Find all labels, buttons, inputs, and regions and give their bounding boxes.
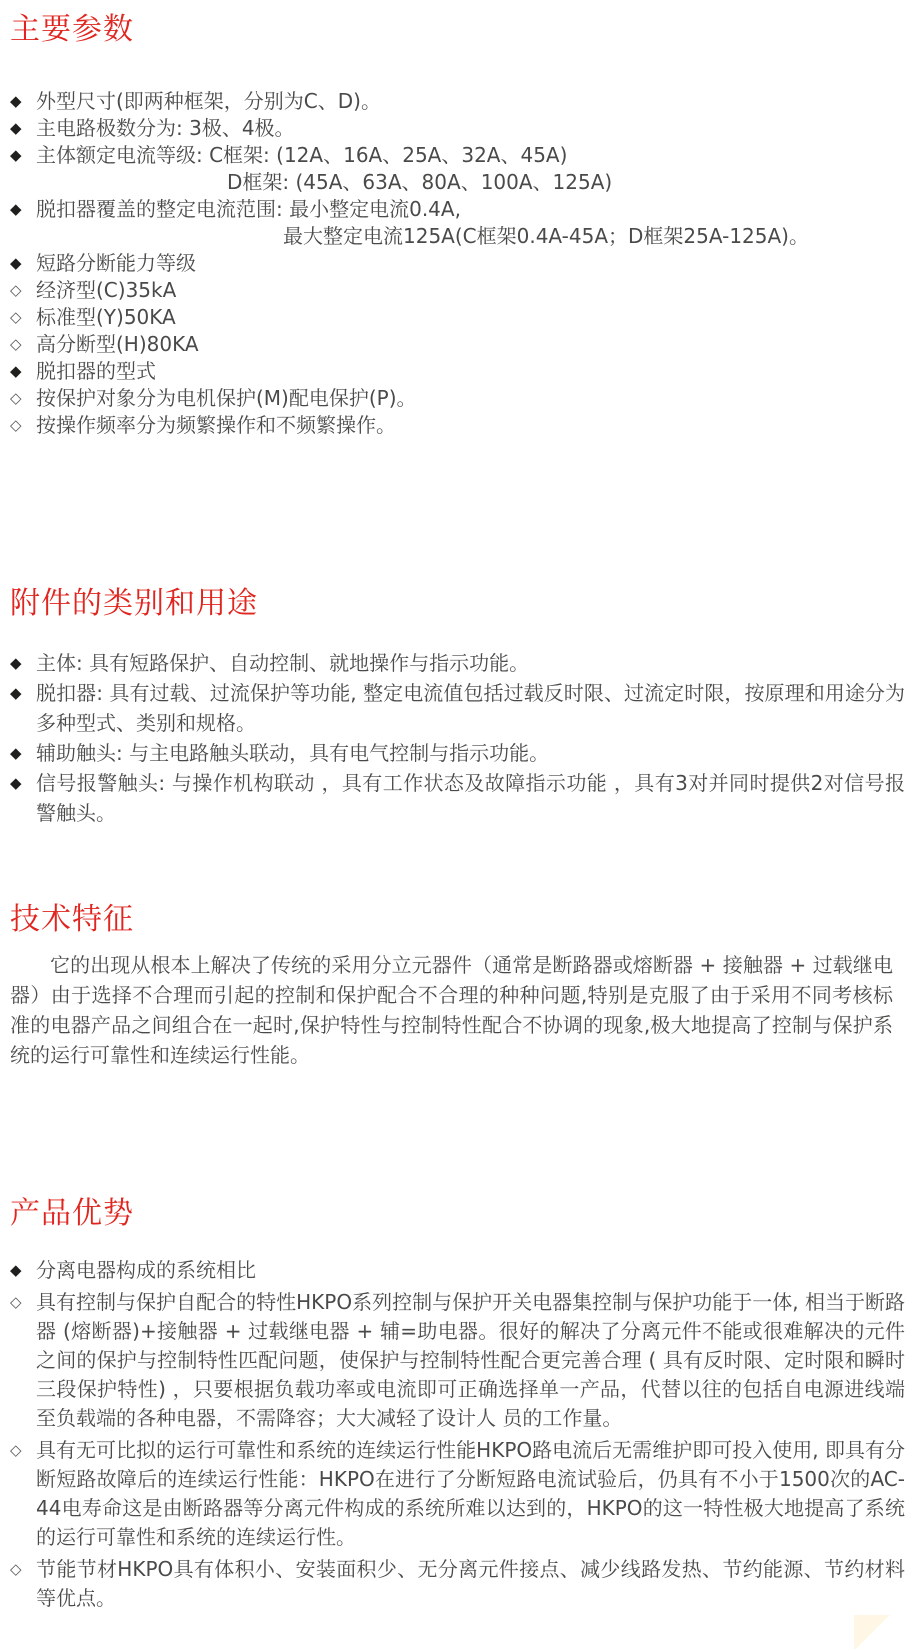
list-item-text: 按保护对象分为电机保护(M)配电保护(P)。 — [36, 386, 417, 410]
hollow-diamond-bullet-icon: ◇ — [10, 385, 22, 412]
list-item: ◇高分断型(H)80KA — [0, 331, 920, 358]
technical-features-paragraph: 它的出现从根本上解决了传统的采用分立元器件（通常是断路器或熔断器 + 接触器 +… — [10, 950, 905, 1070]
section-title-technical-features: 技术特征 — [10, 902, 134, 938]
filled-diamond-bullet-icon: ◆ — [10, 196, 22, 223]
section-title-main-parameters: 主要参数 — [10, 12, 134, 48]
filled-diamond-bullet-icon: ◆ — [10, 1256, 22, 1285]
list-item-text: 脱扣器: 具有过载、过流保护等功能, 整定电流值包括过载反时限、过流定时限，按原… — [36, 681, 905, 735]
filled-diamond-bullet-icon: ◆ — [10, 648, 22, 678]
list-item: ◆辅助触头: 与主电路触头联动，具有电气控制与指示功能。 — [0, 738, 920, 768]
list-item-text: 分离电器构成的系统相比 — [36, 1258, 256, 1282]
list-item: ◇具有控制与保护自配合的特性HKPO系列控制与保护开关电器集控制与保护功能于一体… — [0, 1288, 920, 1433]
list-item-text: 辅助触头: 与主电路触头联动，具有电气控制与指示功能。 — [36, 741, 549, 765]
hollow-diamond-bullet-icon: ◇ — [10, 277, 22, 304]
hollow-diamond-bullet-icon: ◇ — [10, 1555, 22, 1584]
filled-diamond-bullet-icon: ◆ — [10, 115, 22, 142]
product-advantages-list: ◆分离电器构成的系统相比◇具有控制与保护自配合的特性HKPO系列控制与保护开关电… — [0, 1256, 920, 1616]
list-item-text: 外型尺寸(即两种框架，分别为C、D)。 — [36, 89, 381, 113]
main-parameters-list: ◆外型尺寸(即两种框架，分别为C、D)。◆主电路极数分为: 3极、4极。◆主体额… — [0, 88, 920, 439]
filled-diamond-bullet-icon: ◆ — [10, 738, 22, 768]
list-item: ◇节能节材HKPO具有体积小、安装面积少、无分离元件接点、减少线路发热、节约能源… — [0, 1555, 920, 1613]
list-item: ◆外型尺寸(即两种框架，分别为C、D)。 — [0, 88, 920, 115]
list-item: ◆短路分断能力等级 — [0, 250, 920, 277]
list-item: ◆主电路极数分为: 3极、4极。 — [0, 115, 920, 142]
hollow-diamond-bullet-icon: ◇ — [10, 304, 22, 331]
list-item-text: 具有控制与保护自配合的特性HKPO系列控制与保护开关电器集控制与保护功能于一体,… — [36, 1290, 905, 1430]
list-item: ◆分离电器构成的系统相比 — [0, 1256, 920, 1285]
list-item: 最大整定电流125A(C框架0.4A-45A；D框架25A-125A)。 — [0, 223, 920, 250]
list-item: ◇具有无可比拟的运行可靠性和系统的连续运行性能HKPO路电流后无需维护即可投入使… — [0, 1436, 920, 1552]
filled-diamond-bullet-icon: ◆ — [10, 88, 22, 115]
list-item: ◇按操作频率分为频繁操作和不频繁操作。 — [0, 412, 920, 439]
list-item: ◆信号报警触头: 与操作机构联动 ，具有工作状态及故障指示功能 ，具有3对并同时… — [0, 768, 920, 828]
list-item-text: 脱扣器的型式 — [36, 359, 156, 383]
list-item-text: 节能节材HKPO具有体积小、安装面积少、无分离元件接点、减少线路发热、节约能源、… — [36, 1557, 905, 1610]
list-item-text: 主体: 具有短路保护、自动控制、就地操作与指示功能。 — [36, 651, 529, 675]
filled-diamond-bullet-icon: ◆ — [10, 250, 22, 277]
corner-decoration-icon — [854, 1615, 900, 1649]
list-item: ◆主体: 具有短路保护、自动控制、就地操作与指示功能。 — [0, 648, 920, 678]
hollow-diamond-bullet-icon: ◇ — [10, 1436, 22, 1465]
list-item: ◆脱扣器的型式 — [0, 358, 920, 385]
list-item-text: 标准型(Y)50KA — [36, 305, 176, 329]
list-item-text: 具有无可比拟的运行可靠性和系统的连续运行性能HKPO路电流后无需维护即可投入使用… — [36, 1438, 905, 1549]
list-item-text: D框架: (45A、63A、80A、100A、125A) — [227, 170, 612, 194]
hollow-diamond-bullet-icon: ◇ — [10, 412, 22, 439]
list-item-text: 按操作频率分为频繁操作和不频繁操作。 — [36, 413, 396, 437]
list-item-text: 经济型(C)35kA — [36, 278, 176, 302]
list-item-text: 主电路极数分为: 3极、4极。 — [36, 116, 295, 140]
hollow-diamond-bullet-icon: ◇ — [10, 1288, 22, 1317]
filled-diamond-bullet-icon: ◆ — [10, 142, 22, 169]
list-item-text: 短路分断能力等级 — [36, 251, 196, 275]
list-item: ◇经济型(C)35kA — [0, 277, 920, 304]
filled-diamond-bullet-icon: ◆ — [10, 358, 22, 385]
list-item: ◇按保护对象分为电机保护(M)配电保护(P)。 — [0, 385, 920, 412]
list-item-text: 脱扣器覆盖的整定电流范围: 最小整定电流0.4A, — [36, 197, 461, 221]
list-item: ◆脱扣器覆盖的整定电流范围: 最小整定电流0.4A, — [0, 196, 920, 223]
list-item-text: 主体额定电流等级: C框架: (12A、16A、25A、32A、45A) — [36, 143, 567, 167]
list-item: ◇标准型(Y)50KA — [0, 304, 920, 331]
list-item: ◆脱扣器: 具有过载、过流保护等功能, 整定电流值包括过载反时限、过流定时限，按… — [0, 678, 920, 738]
hollow-diamond-bullet-icon: ◇ — [10, 331, 22, 358]
section-title-accessory-types: 附件的类别和用途 — [10, 586, 258, 622]
accessory-types-list: ◆主体: 具有短路保护、自动控制、就地操作与指示功能。◆脱扣器: 具有过载、过流… — [0, 648, 920, 828]
list-item-text: 信号报警触头: 与操作机构联动 ，具有工作状态及故障指示功能 ，具有3对并同时提… — [36, 771, 905, 825]
section-title-product-advantages: 产品优势 — [10, 1196, 134, 1232]
filled-diamond-bullet-icon: ◆ — [10, 678, 22, 708]
list-item: ◆主体额定电流等级: C框架: (12A、16A、25A、32A、45A) — [0, 142, 920, 169]
list-item-text: 最大整定电流125A(C框架0.4A-45A；D框架25A-125A)。 — [283, 224, 809, 248]
list-item: D框架: (45A、63A、80A、100A、125A) — [0, 169, 920, 196]
filled-diamond-bullet-icon: ◆ — [10, 768, 22, 798]
page: 主要参数 ◆外型尺寸(即两种框架，分别为C、D)。◆主电路极数分为: 3极、4极… — [0, 0, 920, 1651]
list-item-text: 高分断型(H)80KA — [36, 332, 199, 356]
